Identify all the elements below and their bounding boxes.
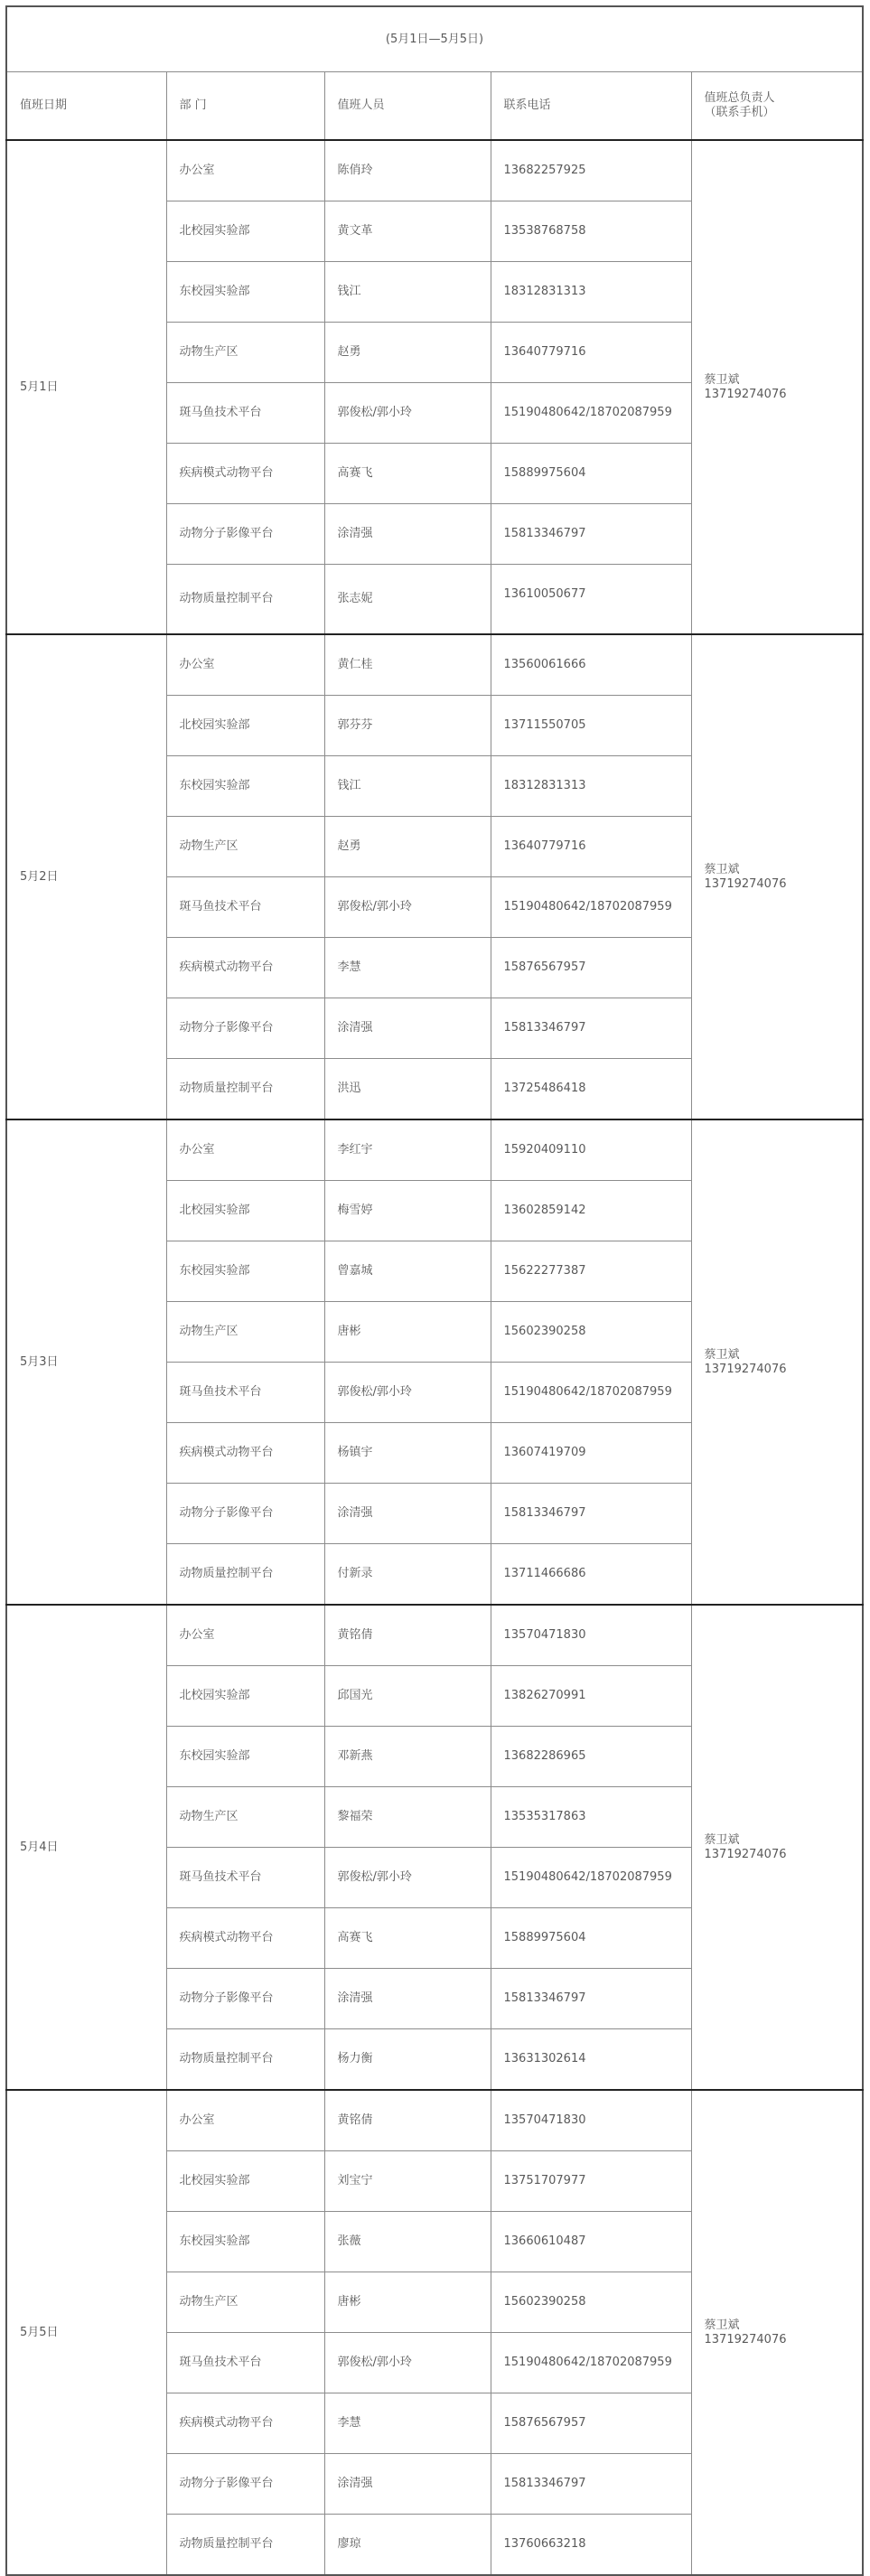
department-cell: 北校园实验部 — [166, 201, 324, 262]
phone-cell: 18312831313 — [491, 756, 691, 817]
manager-phone: 13719274076 — [705, 1363, 863, 1377]
phone-cell: 15190480642/18702087959 — [491, 1848, 691, 1908]
staff-cell: 钱江 — [324, 756, 491, 817]
department-cell: 动物分子影像平台 — [166, 504, 324, 565]
duty-date: 5月3日 — [6, 1119, 166, 1605]
phone-cell: 13826270991 — [491, 1666, 691, 1727]
staff-cell: 杨力衡 — [324, 2029, 491, 2091]
department-cell: 疾病模式动物平台 — [166, 2393, 324, 2454]
phone-cell: 13570471830 — [491, 1605, 691, 1666]
department-cell: 办公室 — [166, 1119, 324, 1181]
staff-cell: 廖琼 — [324, 2515, 491, 2576]
staff-cell: 涂清强 — [324, 1969, 491, 2029]
staff-cell: 黄仁桂 — [324, 634, 491, 696]
department-cell: 东校园实验部 — [166, 756, 324, 817]
staff-cell: 郭俊松/郭小玲 — [324, 877, 491, 938]
phone-cell: 15602390258 — [491, 1302, 691, 1363]
department-cell: 动物生产区 — [166, 1302, 324, 1363]
staff-cell: 涂清强 — [324, 1484, 491, 1544]
department-cell: 动物分子影像平台 — [166, 1969, 324, 2029]
staff-cell: 赵勇 — [324, 817, 491, 877]
staff-cell: 陈俏玲 — [324, 140, 491, 201]
phone-cell: 15190480642/18702087959 — [491, 877, 691, 938]
phone-cell: 13660610487 — [491, 2212, 691, 2272]
staff-cell: 赵勇 — [324, 323, 491, 383]
staff-cell: 涂清强 — [324, 504, 491, 565]
phone-cell: 15190480642/18702087959 — [491, 2333, 691, 2393]
phone-cell: 13560061666 — [491, 634, 691, 696]
phone-cell: 13682257925 — [491, 140, 691, 201]
manager-name: 蔡卫斌 — [705, 1833, 863, 1848]
staff-cell: 郭芬芬 — [324, 696, 491, 756]
phone-cell: 13570471830 — [491, 2090, 691, 2151]
staff-cell: 梅雪婷 — [324, 1181, 491, 1241]
phone-cell: 13602859142 — [491, 1181, 691, 1241]
duty-manager: 蔡卫斌13719274076 — [691, 140, 863, 634]
department-cell: 动物分子影像平台 — [166, 998, 324, 1059]
staff-cell: 洪迅 — [324, 1059, 491, 1120]
title-row: (5月1日—5月5日) — [6, 6, 863, 72]
duty-manager: 蔡卫斌13719274076 — [691, 2090, 863, 2575]
staff-cell: 郭俊松/郭小玲 — [324, 1363, 491, 1423]
department-cell: 北校园实验部 — [166, 1181, 324, 1241]
department-cell: 北校园实验部 — [166, 1666, 324, 1727]
manager-phone: 13719274076 — [705, 2333, 863, 2347]
phone-cell: 13711466686 — [491, 1544, 691, 1606]
manager-name: 蔡卫斌 — [705, 1348, 863, 1363]
header-department: 部 门 — [166, 72, 324, 141]
department-cell: 办公室 — [166, 634, 324, 696]
staff-cell: 黄铭倩 — [324, 2090, 491, 2151]
department-cell: 动物质量控制平台 — [166, 1059, 324, 1120]
staff-cell: 邓新燕 — [324, 1727, 491, 1787]
header-row: 值班日期 部 门 值班人员 联系电话 值班总负责人 （联系手机） — [6, 72, 863, 141]
table-row: 5月1日办公室陈俏玲13682257925蔡卫斌13719274076 — [6, 140, 863, 201]
staff-cell: 李慧 — [324, 2393, 491, 2454]
department-cell: 动物质量控制平台 — [166, 2029, 324, 2091]
manager-phone: 13719274076 — [705, 1848, 863, 1862]
phone-cell: 18312831313 — [491, 262, 691, 323]
department-cell: 斑马鱼技术平台 — [166, 1848, 324, 1908]
staff-cell: 涂清强 — [324, 998, 491, 1059]
staff-cell: 李红宇 — [324, 1119, 491, 1181]
manager-phone: 13719274076 — [705, 388, 863, 402]
staff-cell: 李慧 — [324, 938, 491, 998]
header-phone: 联系电话 — [491, 72, 691, 141]
staff-cell: 钱江 — [324, 262, 491, 323]
staff-cell: 张薇 — [324, 2212, 491, 2272]
department-cell: 东校园实验部 — [166, 262, 324, 323]
phone-cell: 15813346797 — [491, 2454, 691, 2515]
table-row: 5月5日办公室黄铭倩13570471830蔡卫斌13719274076 — [6, 2090, 863, 2151]
phone-cell: 15622277387 — [491, 1241, 691, 1302]
staff-cell: 郭俊松/郭小玲 — [324, 1848, 491, 1908]
manager-name: 蔡卫斌 — [705, 863, 863, 877]
staff-cell: 高赛飞 — [324, 1908, 491, 1969]
table-row: 5月3日办公室李红宇15920409110蔡卫斌13719274076 — [6, 1119, 863, 1181]
phone-cell: 15813346797 — [491, 1484, 691, 1544]
staff-cell: 郭俊松/郭小玲 — [324, 2333, 491, 2393]
staff-cell: 曾嘉城 — [324, 1241, 491, 1302]
phone-cell: 13760663218 — [491, 2515, 691, 2576]
header-date: 值班日期 — [6, 72, 166, 141]
manager-name: 蔡卫斌 — [705, 373, 863, 388]
department-cell: 办公室 — [166, 1605, 324, 1666]
department-cell: 疾病模式动物平台 — [166, 444, 324, 504]
department-cell: 动物生产区 — [166, 2272, 324, 2333]
staff-cell: 高赛飞 — [324, 444, 491, 504]
phone-cell: 13610050677 — [491, 565, 691, 635]
staff-cell: 刘宝宁 — [324, 2151, 491, 2212]
department-cell: 动物生产区 — [166, 323, 324, 383]
staff-cell: 邱国光 — [324, 1666, 491, 1727]
duty-date: 5月5日 — [6, 2090, 166, 2575]
header-staff: 值班人员 — [324, 72, 491, 141]
header-manager: 值班总负责人 （联系手机） — [691, 72, 863, 141]
department-cell: 北校园实验部 — [166, 2151, 324, 2212]
phone-cell: 15920409110 — [491, 1119, 691, 1181]
phone-cell: 13538768758 — [491, 201, 691, 262]
department-cell: 斑马鱼技术平台 — [166, 877, 324, 938]
department-cell: 动物分子影像平台 — [166, 1484, 324, 1544]
department-cell: 东校园实验部 — [166, 1727, 324, 1787]
table-row: 5月2日办公室黄仁桂13560061666蔡卫斌13719274076 — [6, 634, 863, 696]
staff-cell: 张志妮 — [324, 565, 491, 635]
phone-cell: 13751707977 — [491, 2151, 691, 2212]
duty-date: 5月1日 — [6, 140, 166, 634]
staff-cell: 唐彬 — [324, 2272, 491, 2333]
table-row: 5月4日办公室黄铭倩13570471830蔡卫斌13719274076 — [6, 1605, 863, 1666]
phone-cell: 15876567957 — [491, 938, 691, 998]
department-cell: 斑马鱼技术平台 — [166, 383, 324, 444]
manager-name: 蔡卫斌 — [705, 2318, 863, 2333]
manager-phone: 13719274076 — [705, 877, 863, 892]
staff-cell: 付新录 — [324, 1544, 491, 1606]
department-cell: 疾病模式动物平台 — [166, 938, 324, 998]
department-cell: 动物生产区 — [166, 817, 324, 877]
phone-cell: 15889975604 — [491, 1908, 691, 1969]
department-cell: 办公室 — [166, 140, 324, 201]
phone-cell: 15190480642/18702087959 — [491, 1363, 691, 1423]
phone-cell: 13682286965 — [491, 1727, 691, 1787]
header-manager-line2: （联系手机） — [705, 106, 863, 120]
staff-cell: 杨镇宇 — [324, 1423, 491, 1484]
duty-manager: 蔡卫斌13719274076 — [691, 1119, 863, 1605]
department-cell: 疾病模式动物平台 — [166, 1908, 324, 1969]
phone-cell: 15602390258 — [491, 2272, 691, 2333]
department-cell: 斑马鱼技术平台 — [166, 2333, 324, 2393]
department-cell: 动物生产区 — [166, 1787, 324, 1848]
phone-cell: 15813346797 — [491, 1969, 691, 2029]
header-manager-line1: 值班总负责人 — [705, 91, 863, 106]
staff-cell: 涂清强 — [324, 2454, 491, 2515]
phone-cell: 15190480642/18702087959 — [491, 383, 691, 444]
duty-manager: 蔡卫斌13719274076 — [691, 634, 863, 1119]
staff-cell: 黄文革 — [324, 201, 491, 262]
department-cell: 动物质量控制平台 — [166, 2515, 324, 2576]
department-cell: 动物质量控制平台 — [166, 1544, 324, 1606]
department-cell: 东校园实验部 — [166, 1241, 324, 1302]
duty-date: 5月4日 — [6, 1605, 166, 2090]
phone-cell: 13640779716 — [491, 817, 691, 877]
department-cell: 动物分子影像平台 — [166, 2454, 324, 2515]
phone-cell: 15876567957 — [491, 2393, 691, 2454]
phone-cell: 13711550705 — [491, 696, 691, 756]
staff-cell: 黎福荣 — [324, 1787, 491, 1848]
department-cell: 办公室 — [166, 2090, 324, 2151]
phone-cell: 13725486418 — [491, 1059, 691, 1120]
duty-manager: 蔡卫斌13719274076 — [691, 1605, 863, 2090]
phone-cell: 15889975604 — [491, 444, 691, 504]
phone-cell: 15813346797 — [491, 504, 691, 565]
table-title: (5月1日—5月5日) — [6, 6, 863, 72]
phone-cell: 13535317863 — [491, 1787, 691, 1848]
staff-cell: 唐彬 — [324, 1302, 491, 1363]
department-cell: 东校园实验部 — [166, 2212, 324, 2272]
phone-cell: 15813346797 — [491, 998, 691, 1059]
department-cell: 动物质量控制平台 — [166, 565, 324, 635]
duty-roster-table: (5月1日—5月5日) 值班日期 部 门 值班人员 联系电话 值班总负责人 （联… — [5, 5, 864, 2576]
duty-date: 5月2日 — [6, 634, 166, 1119]
phone-cell: 13640779716 — [491, 323, 691, 383]
department-cell: 疾病模式动物平台 — [166, 1423, 324, 1484]
department-cell: 北校园实验部 — [166, 696, 324, 756]
department-cell: 斑马鱼技术平台 — [166, 1363, 324, 1423]
phone-cell: 13607419709 — [491, 1423, 691, 1484]
phone-cell: 13631302614 — [491, 2029, 691, 2091]
staff-cell: 郭俊松/郭小玲 — [324, 383, 491, 444]
staff-cell: 黄铭倩 — [324, 1605, 491, 1666]
